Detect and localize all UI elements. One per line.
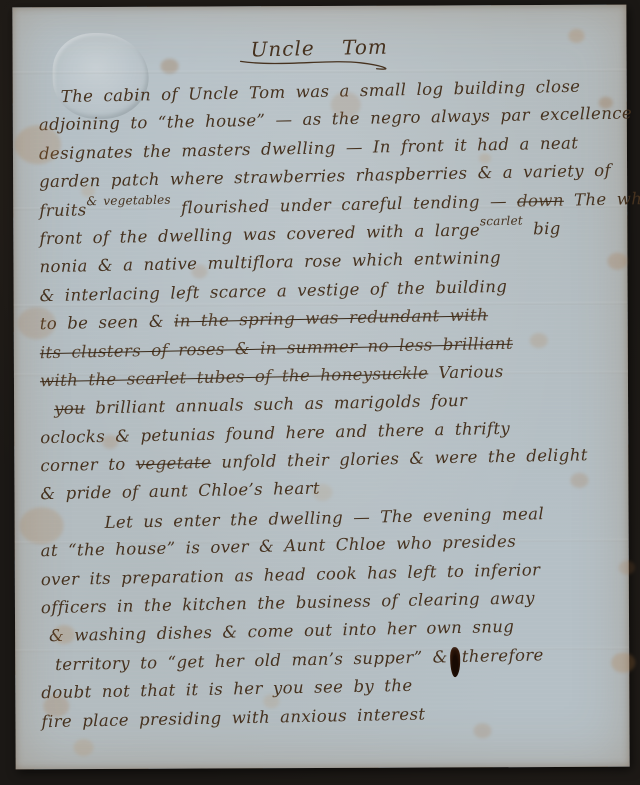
text-segment: therefore — [462, 645, 544, 666]
page-title: Uncle Tom — [251, 35, 389, 62]
struck-text: its clusters of roses & in summer no les… — [40, 333, 514, 361]
foxing-stain — [74, 739, 94, 756]
text-segment: Various — [428, 362, 504, 383]
text-segment: fire place presiding with anxious intere… — [41, 704, 425, 731]
text-segment: at “the house” is over & Aunt Chloe who … — [41, 532, 517, 561]
manuscript-text: The cabin of Uncle Tom was a small log b… — [39, 81, 620, 737]
inserted-word: scarlet — [480, 206, 523, 235]
text-segment: unfold their glories & were the delight — [211, 445, 588, 472]
text-segment: big — [523, 219, 561, 239]
foxing-stain — [619, 561, 635, 575]
text-segment: The whole — [564, 188, 640, 209]
struck-text: you — [54, 399, 85, 419]
struck-text: vegetate — [136, 453, 212, 474]
text-segment: territory to “get her old man’s supper” … — [55, 647, 448, 674]
fold-creases — [12, 5, 626, 8]
text-segment: to be seen & — [40, 312, 175, 334]
manuscript-page: Uncle Tom The cabin of Uncle Tom was a s… — [12, 5, 629, 770]
struck-text: with the scarlet tubes of the honeysuckl… — [40, 363, 429, 390]
struck-text: in the spring was redundant with — [174, 305, 488, 330]
text-segment: doubt not that it is her you see by the — [41, 676, 413, 702]
text-segment: corner to — [40, 454, 136, 475]
foxing-stains — [12, 5, 626, 8]
title-block: Uncle Tom — [12, 35, 626, 76]
text-segment: over its preparation as head cook has le… — [41, 560, 541, 589]
text-segment: front of the dwelling was covered with a… — [39, 220, 480, 248]
struck-text: down — [517, 190, 564, 210]
inserted-word: & vegetables — [86, 185, 171, 215]
text-segment: nonia & a native multiflora rose which e… — [39, 248, 501, 276]
text-segment: brilliant annuals such as marigolds four — [85, 391, 467, 418]
text-segment: flourished under careful tending — — [171, 191, 517, 217]
text-segment: oclocks & petunias found here and there … — [40, 418, 510, 446]
text-segment: & pride of aunt Chloe’s heart — [40, 479, 320, 504]
text-segment: & washing dishes & come out into her own… — [49, 617, 515, 645]
text-segment: & interlacing left scarce a vestige of t… — [39, 277, 507, 305]
text-segment: fruits — [39, 200, 87, 220]
